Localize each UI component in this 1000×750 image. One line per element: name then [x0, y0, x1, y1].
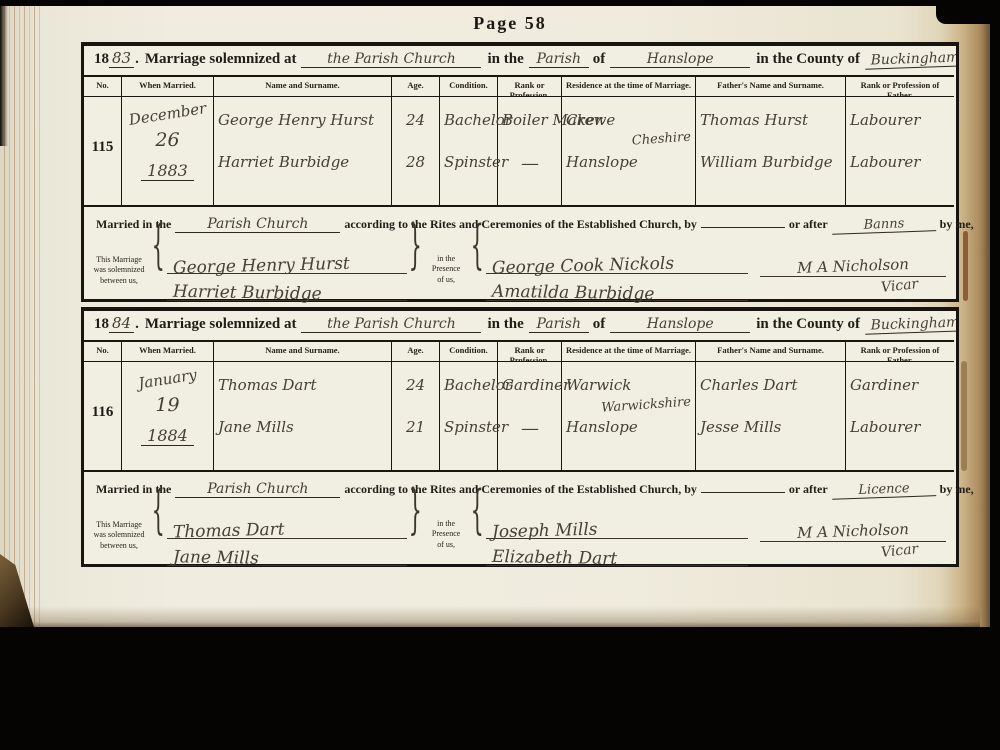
married-in-line: Married in the Parish Church according t…: [84, 472, 956, 505]
groom-name: George Henry Hurst: [218, 111, 397, 129]
bride-condition: Spinster: [444, 418, 503, 436]
column-header-condition: Condition.: [440, 340, 498, 362]
witness-2-signature: Amatilda Burbidge: [491, 281, 654, 304]
page-corner-shadow: [936, 0, 1000, 24]
column-header-no: No.: [84, 75, 122, 97]
signature-section: This Marriage was solemnized between us,…: [84, 240, 956, 306]
date-day: 26: [122, 129, 213, 151]
record-data-row: 116 January 19 1884 Thomas Dart Jane Mil…: [84, 362, 956, 472]
signature-line: Jane Mills: [167, 539, 407, 566]
bride-residence: Hanslope: [566, 153, 701, 171]
brace-decoration: }: [408, 486, 421, 600]
officiant-block: M A Nicholson Vicar: [748, 506, 952, 571]
heading-text: .: [135, 51, 139, 68]
signature-line: Harriet Burbidge: [167, 274, 407, 301]
presence-label: in the Presence of us,: [423, 241, 469, 306]
county-text: in the County of: [756, 316, 860, 333]
signature-line: George Henry Hurst: [167, 247, 407, 274]
according-text: according to the Rites and Ceremonies of…: [344, 482, 697, 497]
signature-line: Thomas Dart: [167, 512, 407, 539]
solemnized-at-text: Marriage solemnized at: [145, 51, 297, 68]
column-header-when-married: When Married.: [122, 340, 214, 362]
marriage-record-115: 18 83 . Marriage solemnized at the Paris…: [81, 42, 959, 302]
blank-line: [701, 217, 785, 228]
cell-father-professions: Gardiner Labourer: [846, 362, 954, 472]
signature-section: This Marriage was solemnized between us,…: [84, 505, 956, 571]
record-number: 116: [84, 404, 121, 421]
column-header-residence: Residence at the time of Marriage.: [562, 75, 696, 97]
in-the-text: in the: [487, 51, 523, 68]
church-handwritten: the Parish Church: [301, 51, 481, 68]
bride-name: Harriet Burbidge: [218, 153, 397, 171]
signature-line: Joseph Mills: [486, 512, 748, 539]
column-header-condition: Condition.: [440, 75, 498, 97]
cell-names: George Henry Hurst Harriet Burbidge: [214, 97, 392, 207]
column-header-father-rank: Rank or Profession of Father.: [846, 75, 954, 97]
presence-label: in the Presence of us,: [423, 506, 469, 571]
year-prefix: 18: [94, 51, 109, 68]
page-bottom-shadow: [30, 606, 980, 627]
bride-father-profession: Labourer: [850, 153, 960, 171]
party-signatures: Thomas Dart Jane Mills: [167, 506, 407, 571]
column-header-father: Father's Name and Surname.: [696, 75, 846, 97]
according-text: according to the Rites and Ceremonies of…: [344, 217, 697, 232]
cell-conditions: Bachelor Spinster: [440, 97, 498, 207]
date-year: 1883: [122, 161, 213, 180]
parish-word-handwritten: Parish: [529, 51, 589, 68]
married-in-church: Parish Church: [175, 481, 340, 498]
church-handwritten: the Parish Church: [301, 316, 481, 333]
or-after-label: or after: [789, 217, 828, 232]
column-header-age: Age.: [392, 75, 440, 97]
cell-residences: Warwick Warwickshire Hanslope: [562, 362, 696, 472]
married-in-church: Parish Church: [175, 216, 340, 233]
banns-or-licence: Licence: [831, 480, 935, 500]
groom-name: Thomas Dart: [218, 376, 397, 394]
bride-profession: —: [498, 153, 561, 174]
page-edge-mark: [963, 231, 968, 301]
parish-handwritten: Hanslope: [610, 316, 750, 333]
column-header-father-rank: Rank or Profession of Father.: [846, 340, 954, 362]
groom-father-profession: Labourer: [850, 111, 960, 129]
party-signatures: George Henry Hurst Harriet Burbidge: [167, 241, 407, 306]
year-handwritten: 84: [109, 314, 134, 333]
groom-residence: Crewe: [566, 111, 701, 129]
record-heading: 18 83 . Marriage solemnized at the Paris…: [84, 46, 956, 75]
witness-signatures: Joseph Mills Elizabeth Dart: [486, 506, 748, 571]
cell-fathers: Thomas Hurst William Burbidge: [696, 97, 846, 207]
marriage-record-116: 18 84 . Marriage solemnized at the Paris…: [81, 307, 959, 567]
bride-signature: Harriet Burbidge: [172, 281, 321, 304]
record-data-row: 115 December 26 1883 George Henry Hurst …: [84, 97, 956, 207]
year-prefix: 18: [94, 316, 109, 333]
bride-condition: Spinster: [444, 153, 503, 171]
column-header-row: No. When Married. Name and Surname. Age.…: [84, 75, 956, 97]
of-text: of: [593, 51, 606, 68]
date-month: December: [121, 98, 214, 130]
cell-professions: Gardiner —: [498, 362, 562, 472]
parish-word-handwritten: Parish: [529, 316, 589, 333]
column-header-name: Name and Surname.: [214, 340, 392, 362]
bride-name: Jane Mills: [218, 418, 397, 436]
column-header-when-married: When Married.: [122, 75, 214, 97]
by-me-label: by me,: [940, 217, 974, 232]
groom-residence-line2: Cheshire: [592, 130, 692, 152]
bride-father-profession: Labourer: [850, 418, 960, 436]
cell-when-married: January 19 1884: [122, 362, 214, 472]
date-year: 1884: [122, 426, 213, 445]
signature-line: George Cook Nickols: [486, 247, 748, 274]
witness-2-signature: Elizabeth Dart: [491, 546, 617, 568]
groom-residence-line2: Warwickshire: [592, 395, 692, 417]
register-scan: Page 58 18 83 . Marriage solemnized at t…: [0, 0, 1000, 750]
cell-no: 116: [84, 362, 122, 472]
column-header-residence: Residence at the time of Marriage.: [562, 340, 696, 362]
heading-text: .: [135, 316, 139, 333]
cell-when-married: December 26 1883: [122, 97, 214, 207]
officiant-title: Vicar: [881, 277, 918, 295]
year-handwritten: 83: [109, 49, 134, 68]
bride-residence: Hanslope: [566, 418, 701, 436]
cell-residences: Crewe Cheshire Hanslope: [562, 97, 696, 207]
county-text: in the County of: [756, 51, 860, 68]
parish-handwritten: Hanslope: [610, 51, 750, 68]
column-header-rank: Rank or Profession.: [498, 75, 562, 97]
groom-profession: Gardiner: [502, 376, 567, 394]
signature-line: Amatilda Burbidge: [486, 274, 748, 301]
bride-father: William Burbidge: [700, 153, 851, 171]
by-me-label: by me,: [940, 482, 974, 497]
brace-decoration: {: [471, 486, 484, 600]
column-header-name: Name and Surname.: [214, 75, 392, 97]
county-handwritten: Buckingham: [865, 314, 956, 334]
record-number: 115: [84, 139, 121, 156]
date-day: 19: [122, 394, 213, 416]
groom-age: 24: [392, 376, 439, 394]
banns-or-licence: Banns: [831, 215, 935, 235]
or-after-label: or after: [789, 482, 828, 497]
married-in-line: Married in the Parish Church according t…: [84, 207, 956, 240]
column-header-age: Age.: [392, 340, 440, 362]
witness-signatures: George Cook Nickols Amatilda Burbidge: [486, 241, 748, 306]
solemnized-label: This Marriage was solemnized between us,: [88, 241, 150, 306]
cell-conditions: Bachelor Spinster: [440, 362, 498, 472]
groom-condition: Bachelor: [444, 111, 503, 129]
solemnized-at-text: Marriage solemnized at: [145, 316, 297, 333]
officiant-signature-line: M A Nicholson: [760, 522, 946, 542]
date-month: January: [121, 363, 214, 395]
cell-fathers: Charles Dart Jesse Mills: [696, 362, 846, 472]
bride-age: 28: [392, 153, 439, 171]
groom-father: Thomas Hurst: [700, 111, 851, 129]
page-edge-mark: [961, 361, 967, 471]
book-page: Page 58 18 83 . Marriage solemnized at t…: [0, 6, 990, 627]
cell-father-professions: Labourer Labourer: [846, 97, 954, 207]
cell-no: 115: [84, 97, 122, 207]
cell-ages: 24 28: [392, 97, 440, 207]
column-header-row: No. When Married. Name and Surname. Age.…: [84, 340, 956, 362]
of-text: of: [593, 316, 606, 333]
officiant-signature: M A Nicholson: [797, 520, 909, 542]
county-handwritten: Buckingham: [865, 49, 956, 69]
solemnized-label: This Marriage was solemnized between us,: [88, 506, 150, 571]
officiant-block: M A Nicholson Vicar: [748, 241, 952, 306]
officiant-title: Vicar: [881, 542, 918, 560]
column-header-no: No.: [84, 340, 122, 362]
page-title: Page 58: [430, 13, 590, 34]
officiant-signature-line: M A Nicholson: [760, 257, 946, 277]
brace-decoration: {: [152, 486, 165, 600]
record-heading: 18 84 . Marriage solemnized at the Paris…: [84, 311, 956, 340]
groom-age: 24: [392, 111, 439, 129]
officiant-signature: M A Nicholson: [797, 255, 909, 277]
blank-line: [701, 482, 785, 493]
page-corner-shadow: [0, 6, 8, 146]
groom-profession: Boiler Maker: [502, 111, 567, 129]
groom-father: Charles Dart: [700, 376, 851, 394]
signature-line: Elizabeth Dart: [486, 539, 748, 566]
groom-residence: Warwick: [566, 376, 701, 394]
cell-professions: Boiler Maker —: [498, 97, 562, 207]
bride-age: 21: [392, 418, 439, 436]
groom-condition: Bachelor: [444, 376, 503, 394]
bride-profession: —: [498, 418, 561, 439]
column-header-rank: Rank or Profession.: [498, 340, 562, 362]
groom-father-profession: Gardiner: [850, 376, 960, 394]
column-header-father: Father's Name and Surname.: [696, 340, 846, 362]
cell-ages: 24 21: [392, 362, 440, 472]
in-the-text: in the: [487, 316, 523, 333]
bride-father: Jesse Mills: [700, 418, 851, 436]
cell-names: Thomas Dart Jane Mills: [214, 362, 392, 472]
bride-signature: Jane Mills: [172, 547, 258, 568]
